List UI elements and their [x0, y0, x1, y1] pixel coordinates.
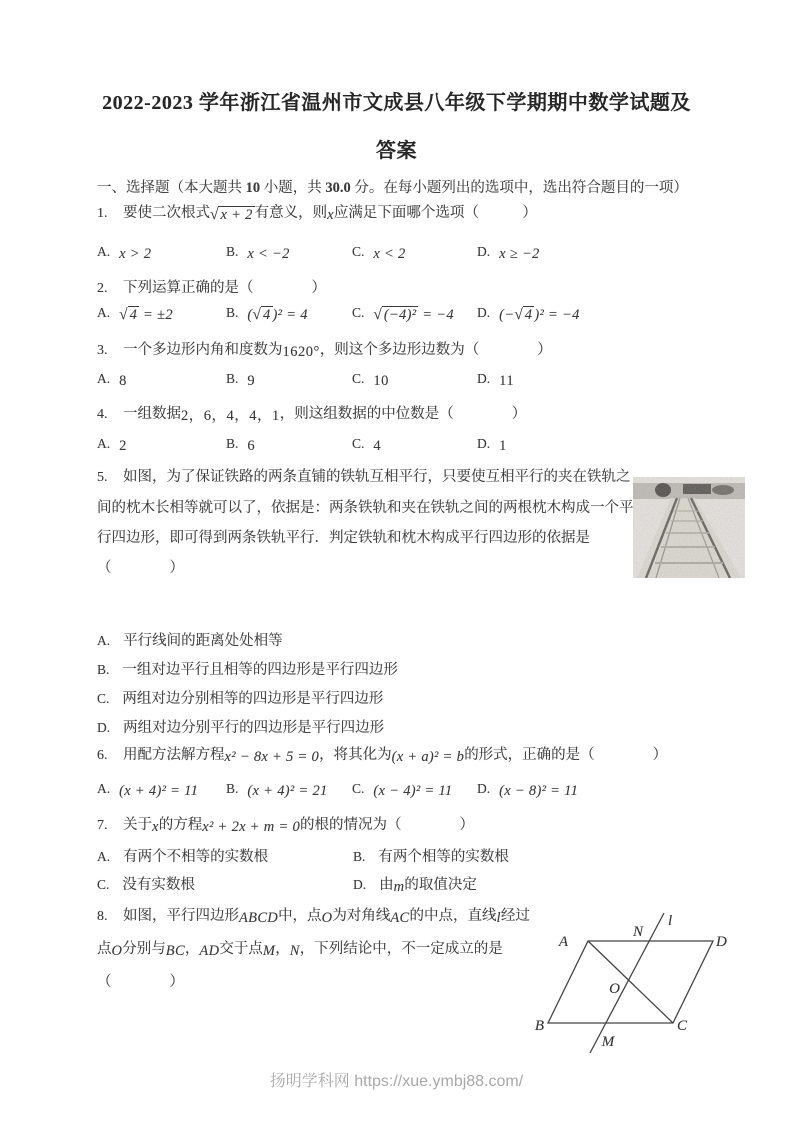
question-7-stem: 7.关于x的方程x² + 2x + m = 0的根的情况为（ ）: [97, 813, 474, 839]
option-b: B.9: [226, 371, 255, 390]
question-3-options: A.8 B.9 C.10 D.11: [0, 371, 793, 399]
option-a: A.8: [97, 371, 127, 390]
option-a: A.(x + 4)² = 11: [97, 781, 198, 800]
question-number: 2.: [97, 277, 123, 301]
railway-photo-figure: [633, 477, 745, 578]
question-number: 6.: [97, 744, 123, 768]
question-number: 7.: [97, 814, 123, 838]
option-b: B.(√4)² = 4: [226, 305, 308, 324]
page-title: 2022-2023 学年浙江省温州市文成县八年级下学期期中数学试题及: [0, 86, 793, 115]
question-6-stem: 6.用配方法解方程x² − 8x + 5 = 0，将其化为(x + a)² = …: [97, 743, 667, 769]
option-c: C.没有实数根: [97, 873, 195, 894]
option-b: B.有两个相等的实数根: [353, 845, 509, 866]
stem-text: 用配方法解方程x² − 8x + 5 = 0，将其化为(x + a)² = b的…: [123, 747, 667, 763]
option-c: C.x < 2: [352, 244, 406, 263]
question-3-stem: 3.一个多边形内角和度数为1620°，则这个多边形边数为（ ）: [97, 338, 552, 364]
option-c: C.√(−4)² = −4: [352, 305, 454, 324]
question-5-stem: 5.如图，为了保证铁路的两条直铺的铁轨互相平行，只要使互相平行的夹在铁轨之间的枕…: [97, 462, 645, 583]
railway-photo: [633, 477, 745, 578]
stem-text: 要使二次根式√x + 2有意义，则x应满足下面哪个选项（ ）: [123, 205, 537, 221]
question-4-options: A.2 B.6 C.4 D.1: [0, 436, 793, 464]
figure-label-a: A: [558, 934, 569, 950]
figure-label-o: O: [609, 981, 620, 997]
figure-label-m: M: [601, 1034, 616, 1050]
option-d: D.11: [477, 371, 514, 390]
option-a: A.x > 2: [97, 244, 151, 263]
question-1-options: A.x > 2 B.x < −2 C.x < 2 D.x ≥ −2: [0, 244, 793, 272]
question-5-option-a: A.平行线间的距离处处相等: [97, 629, 283, 653]
question-number: 5.: [97, 463, 123, 493]
option-c: C.10: [352, 371, 389, 390]
question-7-options-row1: A.有两个不相等的实数根 B.有两个相等的实数根: [0, 845, 793, 873]
figure-label-c: C: [677, 1018, 688, 1034]
stem-text: 一个多边形内角和度数为1620°，则这个多边形边数为（ ）: [123, 342, 552, 358]
option-c: C.(x − 4)² = 11: [352, 781, 452, 800]
section-header: 一、选择题（本大题共 10 小题，共 30.0 分。在每小题列出的选项中，选出符…: [97, 176, 688, 200]
option-d: D.(x − 8)² = 11: [477, 781, 578, 800]
question-number: 1.: [97, 202, 123, 226]
stem-text: 下列运算正确的是（ ）: [123, 280, 326, 296]
question-8-stem: 8.如图，平行四边形ABCD中，点O为对角线AC的中点，直线l经过点O分别与BC…: [97, 901, 549, 998]
option-a: A.√4 = ±2: [97, 305, 173, 324]
parallelogram-figure: A N l D O B M C: [520, 888, 793, 1064]
question-2-options: A.√4 = ±2 B.(√4)² = 4 C.√(−4)² = −4 D.(−…: [0, 305, 793, 333]
footer-watermark: 扬明学科网 https://xue.ymbj88.com/: [0, 1068, 793, 1091]
question-5-option-d: D.两组对边分别平行的四边形是平行四边形: [97, 716, 384, 740]
figure-label-d: D: [715, 934, 727, 950]
option-a: A.有两个不相等的实数根: [97, 845, 268, 866]
option-c: C.4: [352, 436, 381, 455]
parallelogram-diagram: A N l D O B M C: [520, 888, 793, 1064]
question-number: 8.: [97, 901, 123, 932]
stem-text: 如图，为了保证铁路的两条直铺的铁轨互相平行，只要使互相平行的夹在铁轨之间的枕木长…: [97, 469, 634, 576]
stem-text: 关于x的方程x² + 2x + m = 0的根的情况为（ ）: [123, 817, 474, 833]
figure-label-n: N: [632, 924, 644, 940]
option-a: A.2: [97, 436, 127, 455]
stem-text: 一组数据2，6，4，4，1，则这组数据的中位数是（ ）: [123, 406, 526, 422]
page-title-line2: 答案: [0, 134, 793, 163]
option-b: B.6: [226, 436, 255, 455]
option-d: D.x ≥ −2: [477, 244, 540, 263]
exam-page: 2022-2023 学年浙江省温州市文成县八年级下学期期中数学试题及 答案 一、…: [0, 0, 793, 1122]
option-d: D.由m的取值决定: [353, 873, 477, 896]
question-5-option-b: B.一组对边平行且相等的四边形是平行四边形: [97, 658, 398, 682]
question-number: 3.: [97, 339, 123, 363]
question-2-stem: 2.下列运算正确的是（ ）: [97, 276, 326, 301]
option-b: B.(x + 4)² = 21: [226, 781, 328, 800]
option-b: B.x < −2: [226, 244, 290, 263]
option-d: D.(−√4)² = −4: [477, 305, 580, 324]
question-6-options: A.(x + 4)² = 11 B.(x + 4)² = 21 C.(x − 4…: [0, 781, 793, 809]
question-1-stem: 1.要使二次根式√x + 2有意义，则x应满足下面哪个选项（ ）: [97, 201, 537, 227]
stem-text: 如图，平行四边形ABCD中，点O为对角线AC的中点，直线l经过点O分别与BC，A…: [97, 908, 530, 990]
option-d: D.1: [477, 436, 507, 455]
question-number: 4.: [97, 403, 123, 427]
figure-label-l: l: [668, 913, 672, 929]
figure-label-b: B: [535, 1018, 544, 1034]
question-4-stem: 4.一组数据2，6，4，4，1，则这组数据的中位数是（ ）: [97, 402, 526, 428]
question-5-option-c: C.两组对边分别相等的四边形是平行四边形: [97, 687, 383, 711]
